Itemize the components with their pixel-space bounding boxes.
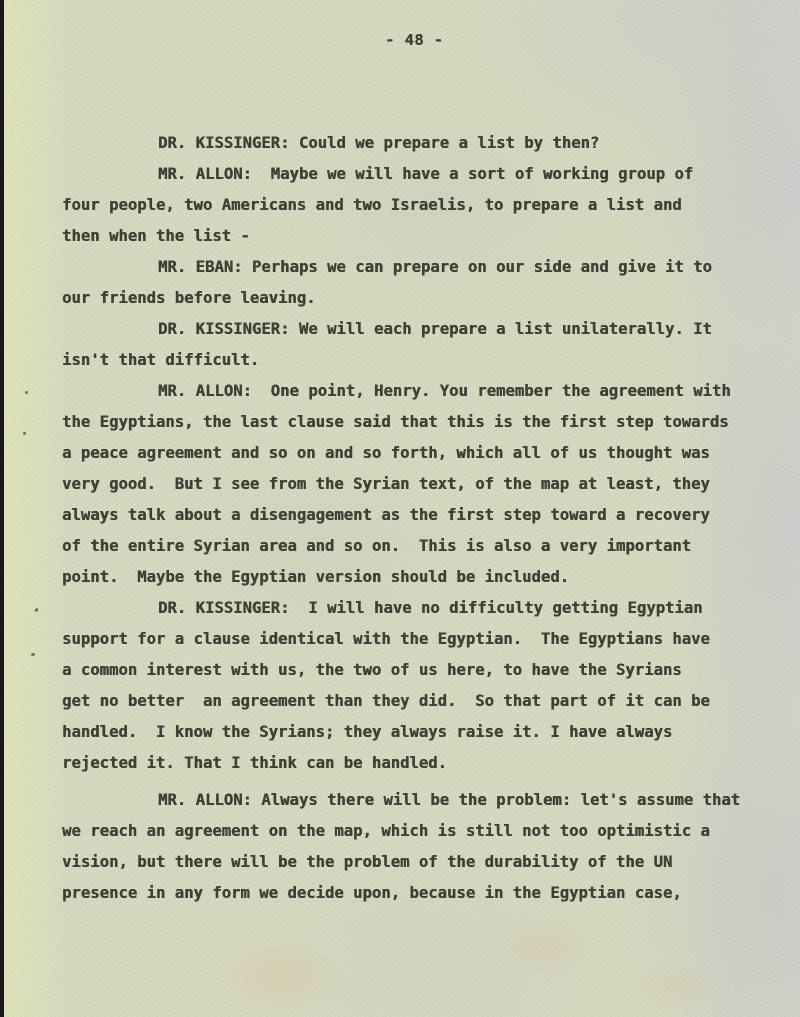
transcript-line: get no better an agreement than they did… [62, 686, 772, 717]
transcript-line: DR. KISSINGER: We will each prepare a li… [62, 314, 772, 345]
transcript-line: the Egyptians, the last clause said that… [62, 407, 772, 438]
transcript-line: MR. EBAN: Perhaps we can prepare on our … [62, 252, 772, 283]
transcript-line: our friends before leaving. [62, 283, 772, 314]
transcript-line: always talk about a disengagement as the… [62, 500, 772, 531]
margin-pencil-mark [25, 391, 28, 394]
transcript-line: MR. ALLON: Always there will be the prob… [62, 785, 772, 816]
transcript-line: very good. But I see from the Syrian tex… [62, 469, 772, 500]
transcript-line: of the entire Syrian area and so on. Thi… [62, 531, 772, 562]
scan-left-edge [0, 0, 4, 1017]
transcript-line: DR. KISSINGER: I will have no difficulty… [62, 593, 772, 624]
transcript-line: support for a clause identical with the … [62, 624, 772, 655]
transcript-line: a common interest with us, the two of us… [62, 655, 772, 686]
transcript-body: DR. KISSINGER: Could we prepare a list b… [62, 128, 772, 909]
transcript-line: handled. I know the Syrians; they always… [62, 717, 772, 748]
transcript-line: rejected it. That I think can be handled… [62, 748, 772, 779]
transcript-line: presence in any form we decide upon, bec… [62, 878, 772, 909]
transcript-line: MR. ALLON: Maybe we will have a sort of … [62, 159, 772, 190]
margin-pencil-mark [23, 432, 26, 435]
transcript-line: isn't that difficult. [62, 345, 772, 376]
transcript-line: a peace agreement and so on and so forth… [62, 438, 772, 469]
transcript-line: DR. KISSINGER: Could we prepare a list b… [62, 128, 772, 159]
transcript-line: then when the list - [62, 221, 772, 252]
transcript-line: we reach an agreement on the map, which … [62, 816, 772, 847]
margin-pencil-mark [31, 653, 36, 657]
page-number: - 48 - [385, 31, 443, 49]
margin-pencil-mark [34, 608, 38, 613]
document-page: - 48 - DR. KISSINGER: Could we prepare a… [0, 0, 800, 1017]
transcript-line: four people, two Americans and two Israe… [62, 190, 772, 221]
transcript-line: vision, but there will be the problem of… [62, 847, 772, 878]
transcript-line: MR. ALLON: One point, Henry. You remembe… [62, 376, 772, 407]
transcript-line: point. Maybe the Egyptian version should… [62, 562, 772, 593]
